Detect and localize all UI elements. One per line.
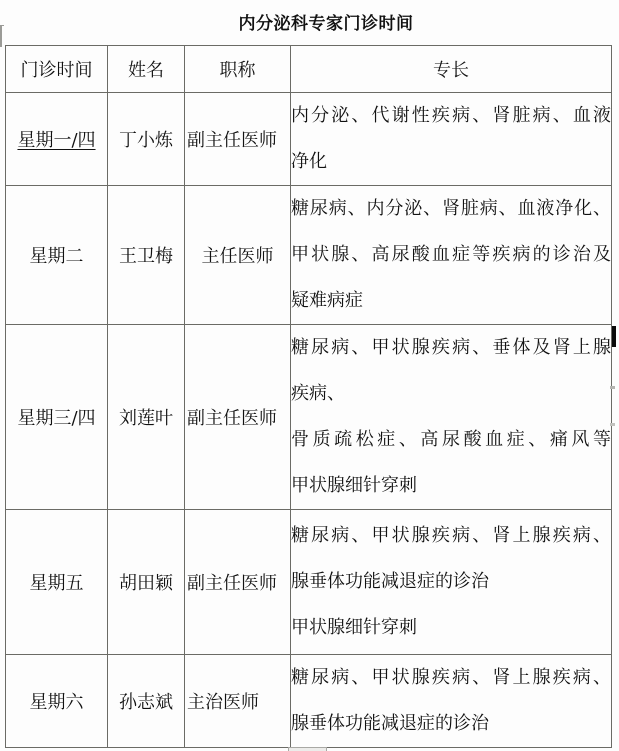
row-handle-tick [610,386,615,389]
cell-doctor-name: 王卫梅 [108,186,185,325]
cell-clinic-time: 星期三/四 [6,325,108,510]
specialty-line: 糖尿病、甲状腺疾病、垂体及肾上腺 [291,325,611,371]
cell-doctor-title: 副主任医师 [185,325,291,510]
cell-doctor-name: 丁小炼 [108,93,185,186]
specialty-line: 净化 [291,139,611,185]
specialty-line: 甲状腺、高尿酸血症等疾病的诊治及 [291,232,611,278]
specialty-line: 腺垂体功能减退症的诊治 [291,701,611,747]
cell-doctor-name: 刘莲叶 [108,325,185,510]
table-row: 星期五 胡田颖 副主任医师 糖尿病、甲状腺疾病、肾上腺疾病、腺垂体功能减退症的诊… [6,510,612,655]
specialty-line: 糖尿病、甲状腺疾病、肾上腺疾病、 [291,513,611,559]
column-header-name: 姓名 [108,46,185,93]
specialty-line: 甲状腺细针穿刺 [291,605,611,651]
clinic-time-text: 星期一/四 [17,130,95,151]
cell-specialty: 糖尿病、甲状腺疾病、垂体及肾上腺疾病、骨质疏松症、高尿酸血症、痛风等甲状腺细针穿… [291,325,612,510]
table-row: 星期六 孙志斌 主治医师 糖尿病、甲状腺疾病、肾上腺疾病、腺垂体功能减退症的诊治 [6,655,612,748]
cell-doctor-name: 胡田颖 [108,510,185,655]
cell-doctor-title: 副主任医师 [185,93,291,186]
cell-clinic-time: 星期一/四 [6,93,108,186]
clinic-time-text: 星期五 [30,573,84,594]
specialty-line: 糖尿病、内分泌、肾脏病、血液净化、 [291,186,611,232]
window-edge-tick [0,25,4,26]
window-edge-artifact [0,25,2,47]
specialty-line: 骨质疏松症、高尿酸血症、痛风等 [291,417,611,463]
table-row: 星期二 王卫梅 主任医师 糖尿病、内分泌、肾脏病、血液净化、甲状腺、高尿酸血症等… [6,186,612,325]
column-header-specialty: 专长 [291,46,612,93]
table-row: 星期三/四 刘莲叶 副主任医师 糖尿病、甲状腺疾病、垂体及肾上腺疾病、骨质疏松症… [6,325,612,510]
row-handle-tick [610,423,615,426]
specialty-line: 糖尿病、甲状腺疾病、肾上腺疾病、 [291,655,611,701]
scrollbar-fragment [288,747,327,751]
cell-clinic-time: 星期五 [6,510,108,655]
table-header-row: 门诊时间 姓名 职称 专长 [6,46,612,93]
cell-specialty: 糖尿病、甲状腺疾病、肾上腺疾病、腺垂体功能减退症的诊治甲状腺细针穿刺 [291,510,612,655]
specialty-line: 腺垂体功能减退症的诊治 [291,559,611,605]
table-row: 星期一/四 丁小炼 副主任医师 内分泌、代谢性疾病、肾脏病、血液净化 [6,93,612,186]
clinic-time-text: 星期三/四 [17,408,95,429]
cell-specialty: 糖尿病、内分泌、肾脏病、血液净化、甲状腺、高尿酸血症等疾病的诊治及疑难病症 [291,186,612,325]
table-body: 星期一/四 丁小炼 副主任医师 内分泌、代谢性疾病、肾脏病、血液净化 星期二 王… [6,93,612,748]
clinic-schedule-table: 门诊时间 姓名 职称 专长 星期一/四 丁小炼 副主任医师 内分泌、代谢性疾病、… [5,45,612,748]
column-header-time: 门诊时间 [6,46,108,93]
specialty-line: 疾病、 [291,371,611,417]
specialty-line: 内分泌、代谢性疾病、肾脏病、血液 [291,93,611,139]
column-header-title: 职称 [185,46,291,93]
cell-specialty: 糖尿病、甲状腺疾病、肾上腺疾病、腺垂体功能减退症的诊治 [291,655,612,748]
page-title: 内分泌科专家门诊时间 [239,9,414,34]
cell-doctor-title: 主任医师 [185,186,291,325]
text-cursor-artifact [612,326,616,347]
cell-specialty: 内分泌、代谢性疾病、肾脏病、血液净化 [291,93,612,186]
cell-doctor-title: 主治医师 [185,655,291,748]
clinic-time-text: 星期二 [30,246,84,267]
cell-clinic-time: 星期六 [6,655,108,748]
specialty-line: 甲状腺细针穿刺 [291,463,611,509]
clinic-time-text: 星期六 [30,692,84,713]
cell-clinic-time: 星期二 [6,186,108,325]
cell-doctor-title: 副主任医师 [185,510,291,655]
specialty-line: 疑难病症 [291,278,611,324]
cell-doctor-name: 孙志斌 [108,655,185,748]
